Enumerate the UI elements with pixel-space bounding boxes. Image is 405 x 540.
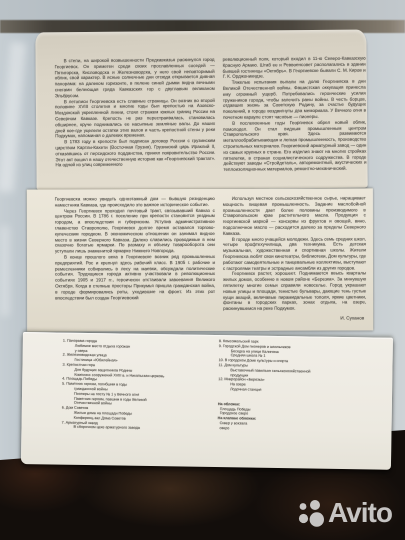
paragraph: В степи, на широкой возвышенности Предка… [55, 57, 215, 99]
avito-logo-icon [296, 497, 326, 529]
author-signature: И. Суханов [223, 315, 366, 321]
booklet-top-panel: В степи, на широкой возвышенности Предка… [35, 30, 367, 191]
paragraph: В конце прошлого века в Георгиевске возн… [55, 254, 215, 301]
paragraph: Через Георгиевск проходил почтовый тракт… [55, 208, 215, 255]
paragraph: В летописи Георгиевска есть славные стра… [55, 97, 215, 139]
wall-light-streak [0, 226, 10, 316]
paragraph: Тяжелые испытания выпали на долю Георгие… [223, 79, 366, 121]
paragraph-group: Используя местное сельскохозяйственное с… [223, 195, 366, 311]
text-column-right: революционный полк, который входил в 11-… [223, 56, 367, 173]
text-column-left: В степи, на широкой возвышенности Предка… [55, 57, 216, 169]
postcard-list-right: 8. Комсомольский парк9. Городской Дом пи… [217, 339, 370, 433]
wall-light-streak [0, 42, 27, 193]
postcard-list-left: 1. Панорама городаЛюбимое место отдыха г… [61, 339, 227, 433]
photo-scene: В степи, на широкой возвышенности Предка… [0, 0, 405, 540]
booklet-middle-panel: Георгиевска можно увидеть одноэтажный до… [27, 188, 373, 331]
list-line: озеро [217, 426, 369, 433]
paragraph: Георгиевск растет, хорошеет. Поднимаются… [223, 271, 366, 312]
text-column-right: Используя местное сельскохозяйственное с… [223, 195, 366, 321]
paragraph: В послевоенные годы Георгиевск обрел нов… [223, 119, 366, 172]
paragraph: В 1783 году в крепости был подписан дого… [55, 138, 215, 168]
text-column-left: Георгиевска можно увидеть одноэтажный до… [55, 196, 215, 301]
avito-watermark: Avito [296, 497, 392, 529]
background-upper-strip [0, 0, 405, 21]
paragraph: революционный полк, который входил в 11-… [223, 56, 366, 80]
avito-watermark-text: Avito [328, 499, 392, 527]
paragraph: Используя местное сельскохозяйственное с… [223, 195, 366, 236]
booklet-list-panel: 1. Панорама городаЛюбимое место отдыха г… [21, 332, 393, 470]
paragraph: Георгиевска можно увидеть одноэтажный до… [55, 196, 215, 208]
paragraph: В городе много учащейся молодежи. Здесь … [223, 236, 366, 271]
